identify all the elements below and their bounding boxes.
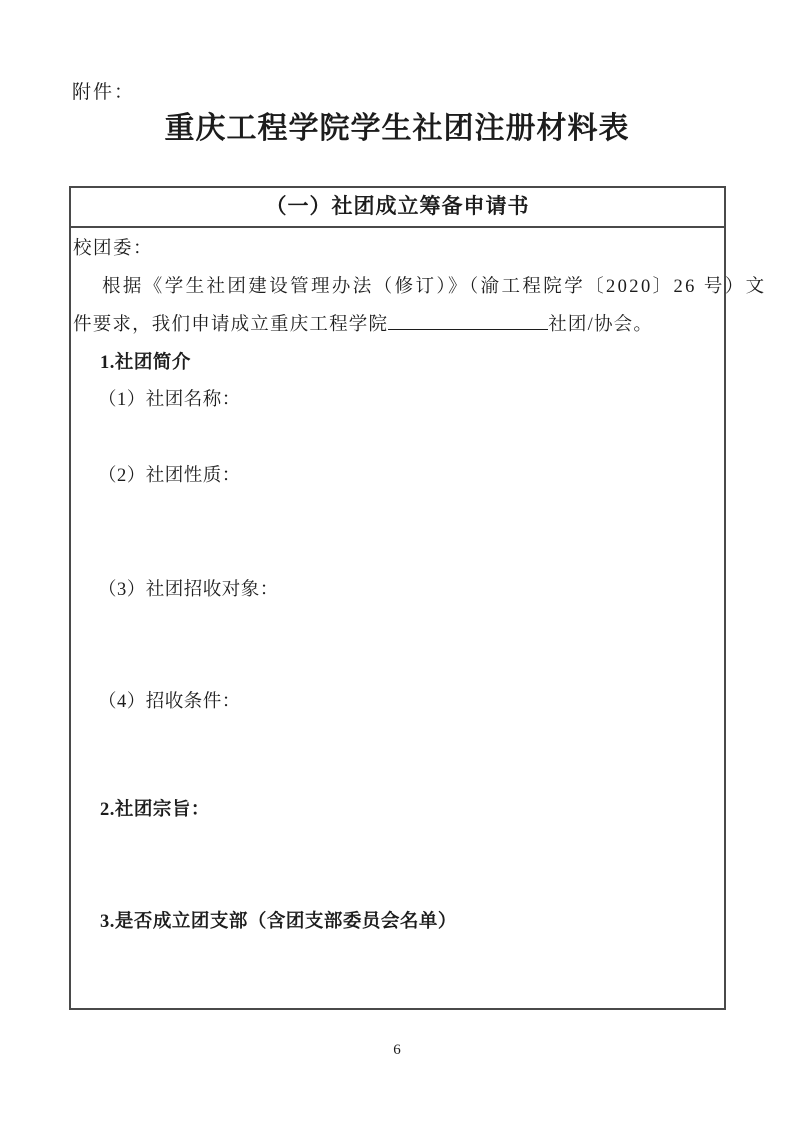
item-club-name: （1）社团名称：	[98, 387, 241, 413]
document-page: 附件： 重庆工程学院学生社团注册材料表 （一）社团成立筹备申请书 校团委： 根据…	[0, 0, 794, 1122]
fill-in-blank	[388, 329, 548, 330]
form-title: （一）社团成立筹备申请书	[71, 188, 724, 228]
document-title: 重庆工程学院学生社团注册材料表	[0, 109, 794, 149]
section-3-heading: 3.是否成立团支部（含团支部委员会名单）	[100, 909, 457, 935]
item-club-nature: （2）社团性质：	[98, 463, 241, 489]
section-1-heading: 1.社团简介	[100, 350, 191, 376]
attachment-label: 附件：	[72, 80, 135, 106]
item-recruitment-target: （3）社团招收对象：	[98, 577, 279, 603]
salutation: 校团委：	[73, 236, 153, 262]
intro-line-1: 根据《学生社团建设管理办法（修订）》（渝工程院学〔2020〕26 号）文	[102, 274, 767, 300]
item-recruitment-conditions: （4）招收条件：	[98, 689, 241, 715]
intro-line-2: 件要求，我们申请成立重庆工程学院社团/协会。	[73, 312, 653, 338]
intro-line-2-prefix: 件要求，我们申请成立重庆工程学院	[73, 315, 388, 335]
page-number: 6	[0, 1040, 794, 1060]
intro-line-2-suffix: 社团/协会。	[548, 315, 653, 335]
section-2-heading: 2.社团宗旨：	[100, 797, 210, 823]
application-form-box: （一）社团成立筹备申请书 校团委： 根据《学生社团建设管理办法（修订）》（渝工程…	[69, 186, 726, 1010]
